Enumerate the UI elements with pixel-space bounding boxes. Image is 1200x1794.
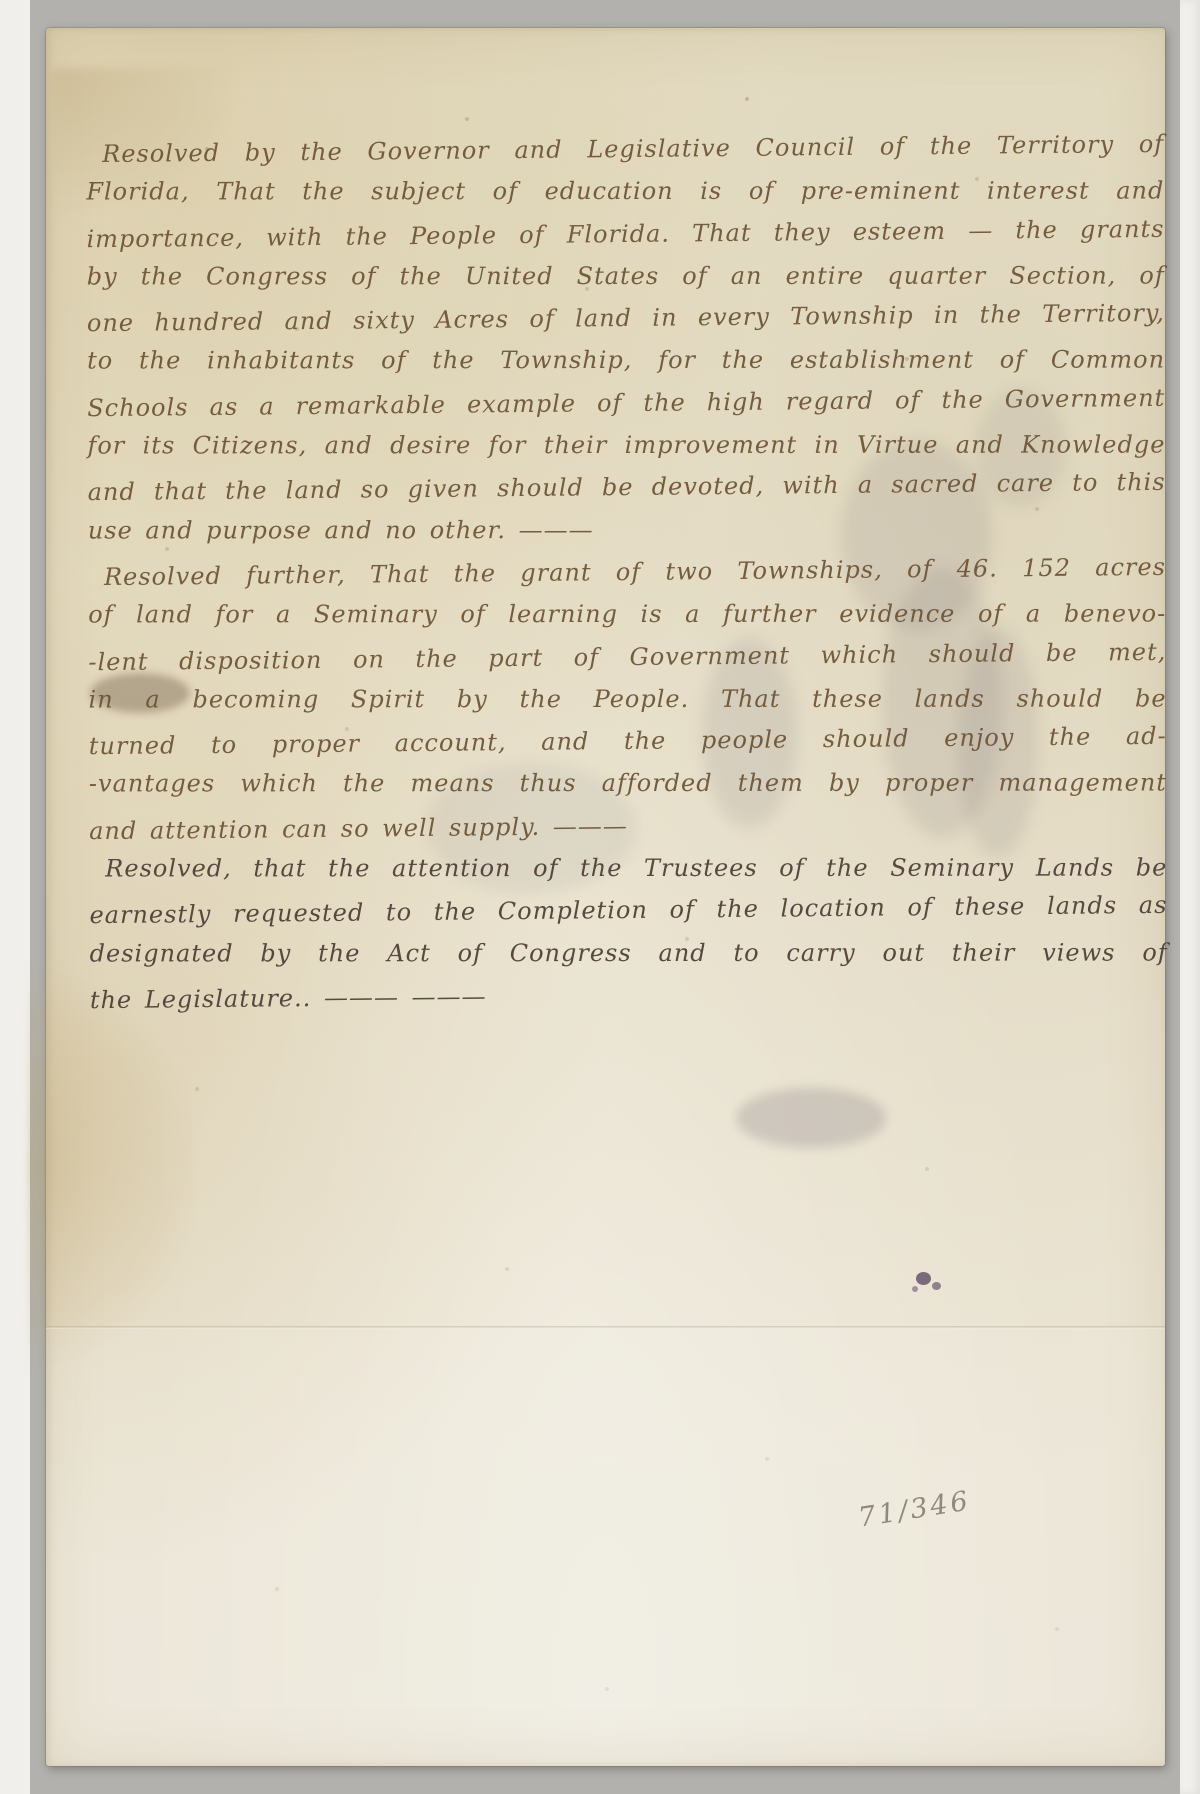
manuscript-line: earnestly requested to the Completion of… bbox=[89, 884, 1167, 937]
manuscript-line: designated by the Act of Congress and to… bbox=[90, 931, 1168, 974]
backdrop-strip-right bbox=[1180, 0, 1200, 1794]
manuscript-line: -vantages which the means thus afforded … bbox=[89, 762, 1167, 805]
below-fold-lighter-area bbox=[46, 1329, 1165, 1766]
manuscript-line: and that the land so given should be dev… bbox=[87, 461, 1165, 514]
ink-blot bbox=[912, 1270, 952, 1304]
manuscript-line: of land for a Seminary of learning is a … bbox=[88, 593, 1166, 636]
manuscript-line: the Legislature.. ——— ——— bbox=[90, 969, 1168, 1022]
backdrop-strip-left bbox=[0, 0, 30, 1794]
manuscript-line: by the Congress of the United States of … bbox=[87, 254, 1165, 297]
manuscript-line: for its Citizens, and desire for their i… bbox=[87, 424, 1165, 467]
manuscript-line: -lent disposition on the part of Governm… bbox=[88, 630, 1166, 683]
manuscript-line: use and purpose and no other. ——— bbox=[88, 508, 1166, 551]
manuscript-line: and attention can so well supply. ——— bbox=[89, 800, 1167, 853]
manuscript-line: turned to proper account, and the people… bbox=[89, 715, 1167, 768]
manuscript-text-block: Resolved by the Governor and Legislative… bbox=[86, 126, 1168, 1019]
manuscript-line: Resolved, that the attention of the Trus… bbox=[89, 847, 1167, 890]
manuscript-line: Resolved further, That the grant of two … bbox=[88, 546, 1166, 599]
manuscript-line: Schools as a remarkable example of the h… bbox=[87, 377, 1165, 430]
manuscript-line: Florida, That the subject of education i… bbox=[86, 170, 1164, 213]
manuscript-line: to the inhabitants of the Township, for … bbox=[87, 339, 1165, 382]
document-page: Resolved by the Governor and Legislative… bbox=[46, 28, 1165, 1766]
manuscript-line: one hundred and sixty Acres of land in e… bbox=[87, 292, 1165, 345]
manuscript-line: importance, with the People of Florida. … bbox=[86, 207, 1164, 260]
manuscript-line: Resolved by the Governor and Legislative… bbox=[86, 123, 1164, 176]
ink-smudge bbox=[736, 1088, 886, 1148]
foxing-speckles bbox=[46, 28, 48, 30]
water-stain-left bbox=[28, 968, 198, 1368]
manuscript-line: in a becoming Spirit by the People. That… bbox=[89, 677, 1167, 720]
